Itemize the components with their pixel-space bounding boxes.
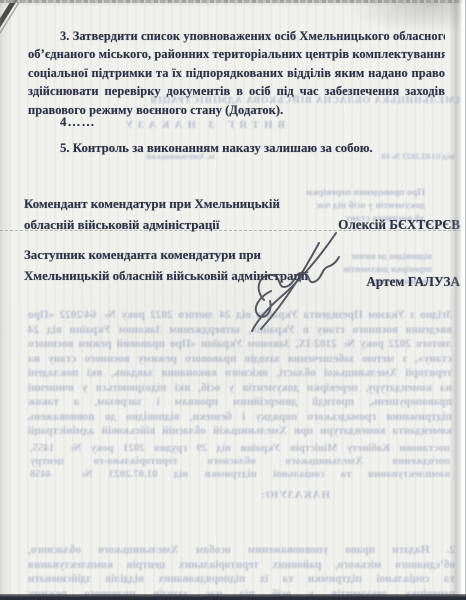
signatory-block-commandant: Комендант комендатури при Хмельницькій о… bbox=[24, 194, 460, 235]
bleed-item2-line: 2. Надати право уповноваженим особам Хме… bbox=[28, 543, 455, 558]
bleed-order-word: НАКАЗУЮ: bbox=[260, 489, 330, 501]
order-paragraph-3-line: 3. Затвердити список уповноважених осіб … bbox=[28, 27, 445, 45]
signatory-title-line: Хмельницькій обласній військовій адмініс… bbox=[24, 266, 308, 287]
signatory-title-line: обласній військовій адміністрації bbox=[24, 215, 219, 236]
bleed-preamble-line: підтримання громадського порядку і безпе… bbox=[28, 410, 452, 425]
corner-crease-mark-secondary bbox=[0, 0, 23, 33]
bleed-preamble-line: території Хмельницької області, якісного… bbox=[28, 366, 452, 381]
bleed-preamble-line: стану», з метою забезпечення заходів пра… bbox=[28, 352, 452, 367]
bleed-references-block: постанови Кабінету Міністрів України від… bbox=[30, 442, 450, 482]
order-paragraph-3-line: об’єднаного міського, районних територіа… bbox=[28, 45, 445, 63]
signatory-title-line: Комендант комендатури при Хмельницькій bbox=[24, 194, 460, 215]
signatory-block-deputy: Заступник коменданта комендатури при Хме… bbox=[24, 245, 460, 286]
left-scan-streak bbox=[0, 0, 12, 600]
fold-crease-dashed-line bbox=[0, 230, 466, 231]
bleed-preamble-line: Згідно з Указом Президента України від 2… bbox=[28, 308, 452, 323]
bleed-refs-line: постанови Кабінету Міністрів України від… bbox=[30, 442, 450, 455]
bleed-item2-line: та соціальної підтримки та їх підпорядко… bbox=[28, 572, 455, 587]
signatory-name: Артем ГАЛУЗА bbox=[366, 272, 460, 293]
signatory-name: Олексій БЄХТЄРЄВ bbox=[338, 215, 460, 236]
order-paragraph-4: 4…… bbox=[60, 114, 96, 130]
bleed-preamble-line: на комендатуру, перевірки документів у о… bbox=[28, 381, 452, 396]
bleed-refs-line: комплектування та соціальної підтримки в… bbox=[30, 468, 450, 481]
bleed-item2-line: об’єднаного міського, районних територіа… bbox=[28, 558, 455, 573]
corner-crease-mark bbox=[0, 0, 17, 34]
bleed-preamble-paragraph: Згідно з Указом Президента України від 2… bbox=[28, 308, 452, 439]
scanned-document-page: ХМЕЛЬНИЦЬКА ОБЛАСНА ВІЙСЬКОВА АДМІНІСТРА… bbox=[0, 0, 466, 600]
order-paragraph-3: 3. Затвердити список уповноважених осіб … bbox=[28, 27, 445, 119]
top-scan-edge bbox=[0, 0, 466, 3]
order-paragraph-3-line: соціальної підтримки та їх підпорядкован… bbox=[28, 64, 445, 82]
bleed-preamble-line: введення воєнного стану в Україні», затв… bbox=[28, 323, 452, 338]
bleed-refs-line: погодження Хмельницького обласного терит… bbox=[30, 455, 450, 468]
bleed-preamble-line: лютого 2022 року № 2102-ІХ, Законом Укра… bbox=[28, 337, 452, 352]
bleed-date-fragment: від 03.03.2023 № 68 bbox=[381, 151, 454, 161]
order-paragraph-3-line: здійснювати перевірку документів в осіб … bbox=[28, 82, 445, 100]
bleed-item2-paragraph: 2. Надати право уповноваженим особам Хме… bbox=[28, 543, 455, 600]
bleed-preamble-line: коменданта комендатури при Хмельницькій … bbox=[28, 424, 452, 439]
signatory-title-line: Заступник коменданта комендатури при bbox=[24, 245, 460, 266]
order-paragraph-5: 5. Контроль за виконанням наказу залишаю… bbox=[60, 141, 373, 156]
bleed-preamble-line: правопорушень, протидії диверсійним проя… bbox=[28, 395, 452, 410]
right-scan-band bbox=[450, 0, 466, 600]
bleed-extract-title: ВИТЯГ З НАКАЗУ bbox=[135, 119, 285, 131]
bottom-scan-edge bbox=[0, 594, 466, 600]
